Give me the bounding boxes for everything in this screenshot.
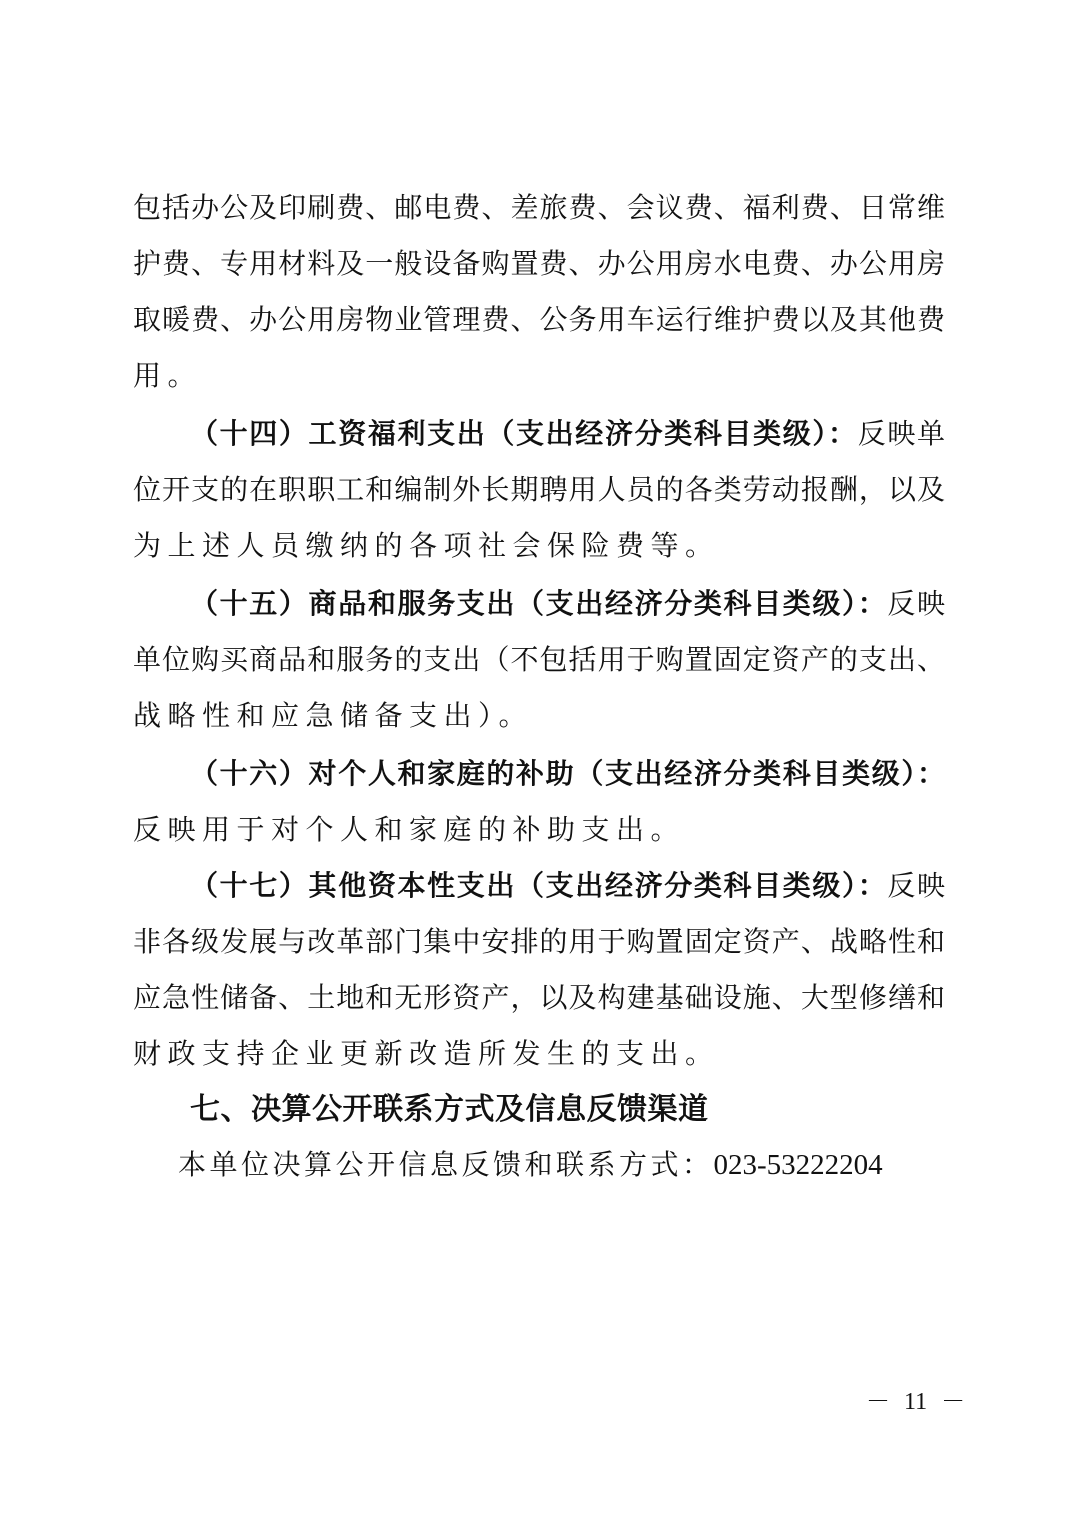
definition-item-16: （十六）对个人和家庭的补助（支出经济分类科目类级）： [190, 756, 945, 792]
definition-item-15: （十五）商品和服务支出（支出经济分类科目类级）：反映 [190, 586, 945, 622]
paragraph-line: 位开支的在职职工和编制外长期聘用人员的各类劳动报酬，以及 [133, 472, 945, 508]
paragraph-line: 应急性储备、土地和无形资产，以及构建基础设施、大型修缮和 [133, 980, 945, 1016]
definition-text: 反映 [887, 587, 945, 620]
paragraph-line: 财政支持企业更新改造所发生的支出。 [133, 1036, 945, 1072]
contact-phone: 023-53222204 [714, 1149, 883, 1181]
definition-text: 反映 [887, 869, 945, 902]
paragraph-line: 单位购买商品和服务的支出（不包括用于购置固定资产的支出、 [133, 642, 945, 678]
paragraph-line: 取暖费、办公用房物业管理费、公务用车运行维护费以及其他费 [133, 302, 945, 338]
definition-term: （十五）商品和服务支出（支出经济分类科目类级）： [190, 587, 887, 620]
definition-term: （十七）其他资本性支出（支出经济分类科目类级）： [190, 869, 887, 902]
definition-term: （十六）对个人和家庭的补助（支出经济分类科目类级）： [190, 757, 945, 790]
definition-text: 反映单 [858, 417, 945, 450]
paragraph-line: 用。 [133, 358, 945, 394]
paragraph-line: 战略性和应急储备支出）。 [133, 698, 945, 734]
definition-item-14: （十四）工资福利支出（支出经济分类科目类级）：反映单 [190, 416, 945, 452]
document-page: 包括办公及印刷费、邮电费、差旅费、会议费、福利费、日常维 护费、专用材料及一般设… [0, 0, 1074, 1520]
section-heading: 七、决算公开联系方式及信息反馈渠道 [190, 1090, 709, 1130]
paragraph-line: 反映用于对个人和家庭的补助支出。 [133, 812, 945, 848]
paragraph-line: 护费、专用材料及一般设备购置费、办公用房水电费、办公用房 [133, 246, 945, 282]
contact-info: 本单位决算公开信息反馈和联系方式：023-53222204 [178, 1146, 883, 1184]
paragraph-line: 包括办公及印刷费、邮电费、差旅费、会议费、福利费、日常维 [133, 190, 945, 226]
definition-term: （十四）工资福利支出（支出经济分类科目类级）： [190, 417, 858, 450]
definition-item-17: （十七）其他资本性支出（支出经济分类科目类级）：反映 [190, 868, 945, 904]
contact-label: 本单位决算公开信息反馈和联系方式： [178, 1148, 714, 1181]
page-number: － 11 － [866, 1387, 965, 1417]
paragraph-line: 非各级发展与改革部门集中安排的用于购置固定资产、战略性和 [133, 924, 945, 960]
paragraph-line: 为上述人员缴纳的各项社会保险费等。 [133, 528, 945, 564]
